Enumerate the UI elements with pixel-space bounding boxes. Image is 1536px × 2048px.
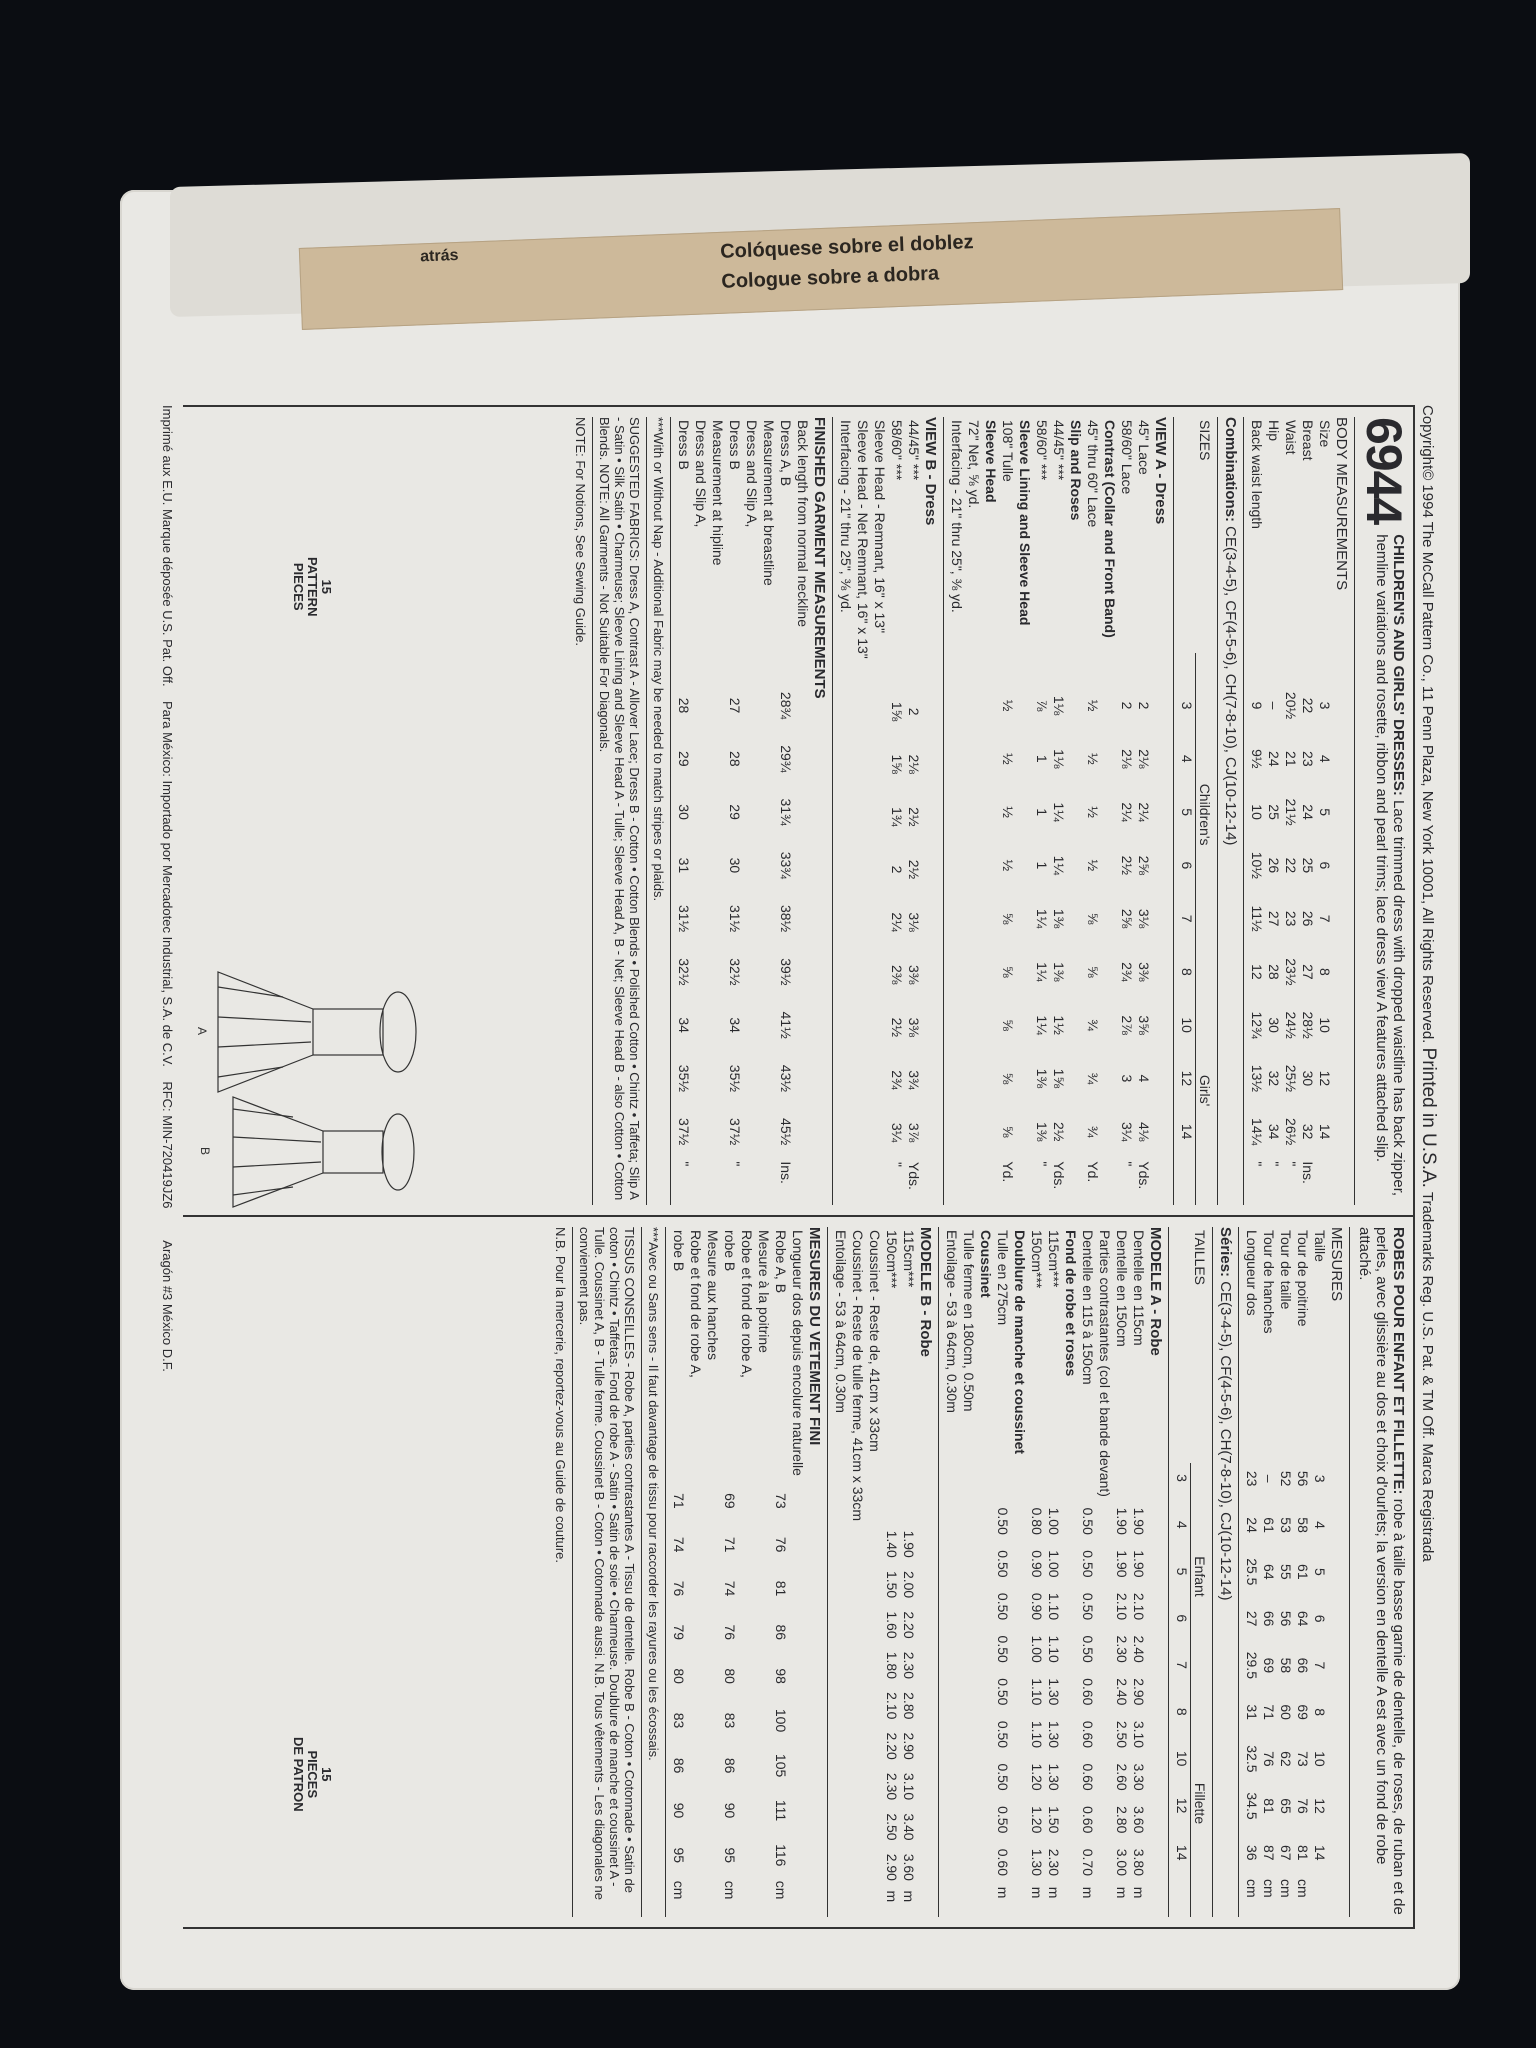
table-row: Coussinet xyxy=(977,1227,994,1917)
table-row: Dentelle en 150cm1.901.902.102.302.402.5… xyxy=(1113,1227,1130,1917)
table-row: 45" Lace22⅛2¼2⅝3⅛3⅜3⅝44⅛Yds. xyxy=(1135,417,1152,1205)
nap-note: ***With or Without Nap - Additional Fabr… xyxy=(647,417,671,1205)
body-measurements: BODY MEASUREMENTS Size345678101214Breast… xyxy=(1244,417,1355,1205)
table-row: Longueur dos depuis encolure naturelle xyxy=(789,1227,806,1917)
body-heading: BODY MEASUREMENTS xyxy=(1333,417,1350,1205)
table-row: Tour de hanches–6164666971768187cm xyxy=(1260,1227,1277,1917)
table-row: 345678101214 xyxy=(1178,417,1195,1205)
table-row: Parties contrastantes (col et bande deva… xyxy=(1096,1227,1113,1917)
french-column: ROBES POUR ENFANT ET FILLETTE: robe à ta… xyxy=(183,1217,1413,1927)
table-row: Waist20½2121½222323½24½25½26½" xyxy=(1282,417,1299,1205)
table-row: Coussinet - Reste de, 41cm x 33cm xyxy=(866,1227,883,1917)
table-row: Dentelle en 115 à 150cm0.500.500.500.500… xyxy=(1079,1227,1096,1917)
svg-text:B: B xyxy=(198,1147,212,1155)
table-row: 150cm***1.401.501.601.802.102.202.302.50… xyxy=(883,1227,900,1917)
table-row: Fond de robe et roses xyxy=(1062,1227,1079,1917)
table-row: Robe et fond de robe A, xyxy=(738,1227,755,1917)
notions-note: NOTE: For Notions, See Sewing Guide. xyxy=(569,417,593,1205)
english-title: CHILDREN'S AND GIRLS' DRESSES: xyxy=(1390,534,1407,796)
table-row: 115cm***1.001.001.101.101.301.301.301.50… xyxy=(1045,1227,1062,1917)
table-row: Robe A, B7376818698100105111116cm xyxy=(772,1227,789,1917)
table-row: Interfacing - 21" thru 25", ⅜ yd. xyxy=(837,417,854,1205)
table-row: Sleeve Head - Net Remnant, 16" x 13" xyxy=(854,417,871,1205)
table-row: Interfacing - 21" thru 25", ⅜ yd. xyxy=(948,417,965,1205)
table-row: Coussinet - Reste de tulle ferme, 41cm x… xyxy=(849,1227,866,1917)
table-row: Robe et fond de robe A, xyxy=(687,1227,704,1917)
table-row: Taille345678101214 xyxy=(1311,1227,1328,1917)
table-row: Dress B2829303131½32½3435½37½" xyxy=(675,417,692,1205)
table-row: Contrast (Collar and Front Band) xyxy=(1101,417,1118,1205)
combinations-label: Combinations: xyxy=(1222,417,1239,522)
table-row: Dress B2728293031½32½3435½37½" xyxy=(726,417,743,1205)
french-title: ROBES POUR ENFANT ET FILLETTE: xyxy=(1390,1227,1407,1495)
combinations-value: CE(3-4-5), CF(4-5-6), CH(7-8-10), CJ(10-… xyxy=(1222,526,1239,845)
table-row: 58/60" ***1⅝1⅝1¾22¼2⅜2½2¾3¼" xyxy=(888,417,905,1205)
table-row: Size345678101214 xyxy=(1316,417,1333,1205)
table-row: 108" Tulle½½½½⅝⅝⅝⅝⅝Yd. xyxy=(999,417,1016,1205)
table-row: Doublure de manche et coussinet xyxy=(1011,1227,1028,1917)
footer-line: Imprimé aux E.U. Marque déposée U.S. Pat… xyxy=(125,405,175,1925)
table-row: Entoilage - 53 à 64cm, 0.30m xyxy=(832,1227,849,1917)
suggested-fabrics: SUGGESTED FABRICS: Dress A, Contrast A -… xyxy=(593,417,647,1205)
pattern-number: 6944 xyxy=(1361,417,1407,524)
table-row: 115cm***1.902.002.202.302.802.903.103.40… xyxy=(900,1227,917,1917)
table-row: robe B697174768083869095cm xyxy=(721,1227,738,1917)
svg-text:A: A xyxy=(195,1027,209,1035)
table-row: 345678101214 xyxy=(1173,1227,1190,1917)
table-row: Breast22232425262728½3032Ins. xyxy=(1299,417,1316,1205)
table-row: Hip–2425262728303234" xyxy=(1265,417,1282,1205)
tape-line-1: Colóquese sobre el doblez xyxy=(720,231,974,264)
table-row: Entoilage - 53 à 64cm, 0.30m xyxy=(943,1227,960,1917)
table-row: Sleeve Lining and Sleeve Head xyxy=(1016,417,1033,1205)
table-row: Measurement at breastline xyxy=(760,417,777,1205)
tape-line-2: Cologue sobre a dobra xyxy=(721,262,940,293)
pattern-pieces-count: 15PATTERNPIECES xyxy=(291,557,333,616)
table-row: Longueur dos232425.52729.53132.534.536cm xyxy=(1243,1227,1260,1917)
table-row: Sleeve Head xyxy=(982,417,999,1205)
table-row: 58/60" ***⅞1111¼1¼1¼1⅜1⅜" xyxy=(1033,417,1050,1205)
rotated-content: 6944 CHILDREN'S AND GIRLS' DRESSES: Lace… xyxy=(165,405,1415,1925)
table-row: Back waist length99½1010½11½1212¾13½14¼" xyxy=(1248,417,1265,1205)
view-b-dress-sketch: B xyxy=(193,1087,423,1217)
pattern-pieces-count-fr: 15PIECESDE PATRON xyxy=(291,1737,333,1812)
table-row: Tulle en 275cm0.500.500.500.500.500.500.… xyxy=(994,1227,1011,1917)
table-row: Sleeve Head - Remnant, 16" x 13" xyxy=(871,417,888,1205)
table-row: 45" thru 60" Lace½½½½⅝⅝¾¾¾Yd. xyxy=(1084,417,1101,1205)
view-a-yardage: VIEW A - Dress45" Lace22⅛2¼2⅝3⅛3⅜3⅝44⅛Yd… xyxy=(944,417,1174,1205)
table-row: Dress A, B28¾29¾31¾33¾38½39½41½43½45½Ins… xyxy=(777,417,794,1205)
english-column: 6944 CHILDREN'S AND GIRLS' DRESSES: Lace… xyxy=(183,407,1413,1217)
table-row: Mesure aux hanches xyxy=(704,1227,721,1917)
tape-partial: atrás xyxy=(420,247,459,266)
table-row: 58/60" Lace22⅛2¼2½2⅝2¾2⅞33¼" xyxy=(1118,417,1135,1205)
table-row: Mesure à la poitrine xyxy=(755,1227,772,1917)
table-row: Tour de poitrine565861646669737681cm xyxy=(1294,1227,1311,1917)
table-row: 44/45" ***22⅛2½2½3⅛3⅜3⅜3¾3⅞Yds. xyxy=(905,417,922,1205)
table-row: 44/45" ***1⅛1⅛1¼1¼1⅜1⅜1½1⅝2½Yds. xyxy=(1050,417,1067,1205)
table-row: 150cm***0.800.900.901.001.101.101.201.20… xyxy=(1028,1227,1045,1917)
table-row: robe B717476798083869095cm xyxy=(670,1227,687,1917)
table-row: Tulle ferme en 180cm, 0.50m xyxy=(960,1227,977,1917)
table-row: Slip and Roses xyxy=(1067,417,1084,1205)
view-a-dress-sketch: A xyxy=(193,967,423,1097)
table-row: Dress and Slip A, xyxy=(743,417,760,1205)
table-row: Dress and Slip A, xyxy=(692,417,709,1205)
table-row: 72" Net, ⅝ yd. xyxy=(965,417,982,1205)
finished-measurements: FINISHED GARMENT MEASUREMENTSBack length… xyxy=(671,417,833,1205)
table-row: Dentelle en 115cm1.901.902.102.402.903.1… xyxy=(1130,1227,1147,1917)
table-row: Back length from normal neckline xyxy=(794,417,811,1205)
table-row: Measurement at hipline xyxy=(709,417,726,1205)
view-b-yardage: VIEW B - Dress44/45" ***22⅛2½2½3⅛3⅜3⅜3¾3… xyxy=(833,417,944,1205)
copyright-line: Copyright© 1994 The McCall Pattern Co., … xyxy=(1417,405,1439,1925)
table-row: Tour de taille525355565860626567cm xyxy=(1277,1227,1294,1917)
sizes-row: SIZESChildren'sGirls' 345678101214 xyxy=(1174,417,1218,1205)
